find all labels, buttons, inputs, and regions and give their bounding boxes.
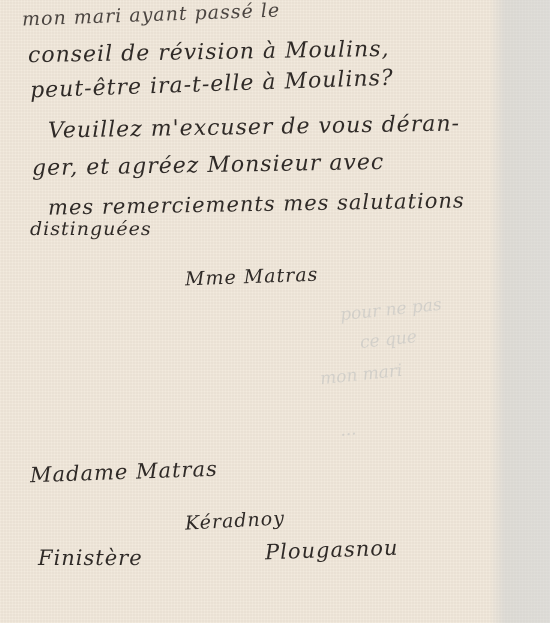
- show-through-text: mon mari: [319, 361, 403, 390]
- letter-line-5: ger, et agréez Monsieur avec: [32, 150, 385, 181]
- address-place: Kéradnoy: [184, 507, 285, 534]
- letter-page: pour ne pas ce que mon mari ... mon mari…: [0, 0, 550, 623]
- letter-line-7: distinguées: [30, 218, 152, 240]
- address-name: Madame Matras: [30, 457, 219, 488]
- letter-line-3: peut-être ira-t-elle à Moulins?: [30, 66, 394, 104]
- letter-line-6: mes remerciements mes salutations: [48, 188, 465, 219]
- show-through-text: ...: [339, 419, 357, 441]
- address-department: Finistère: [38, 546, 143, 570]
- show-through-text: ce que: [359, 327, 418, 353]
- letter-line-4: Veuillez m'excuser de vous déran-: [48, 111, 460, 143]
- address-town: Plougasnou: [265, 536, 399, 565]
- letter-line-2: conseil de révision à Moulins,: [28, 37, 390, 68]
- show-through-text: pour ne pas: [339, 295, 442, 326]
- signature: Mme Matras: [185, 264, 319, 291]
- letter-line-1: mon mari ayant passé le: [22, 0, 281, 30]
